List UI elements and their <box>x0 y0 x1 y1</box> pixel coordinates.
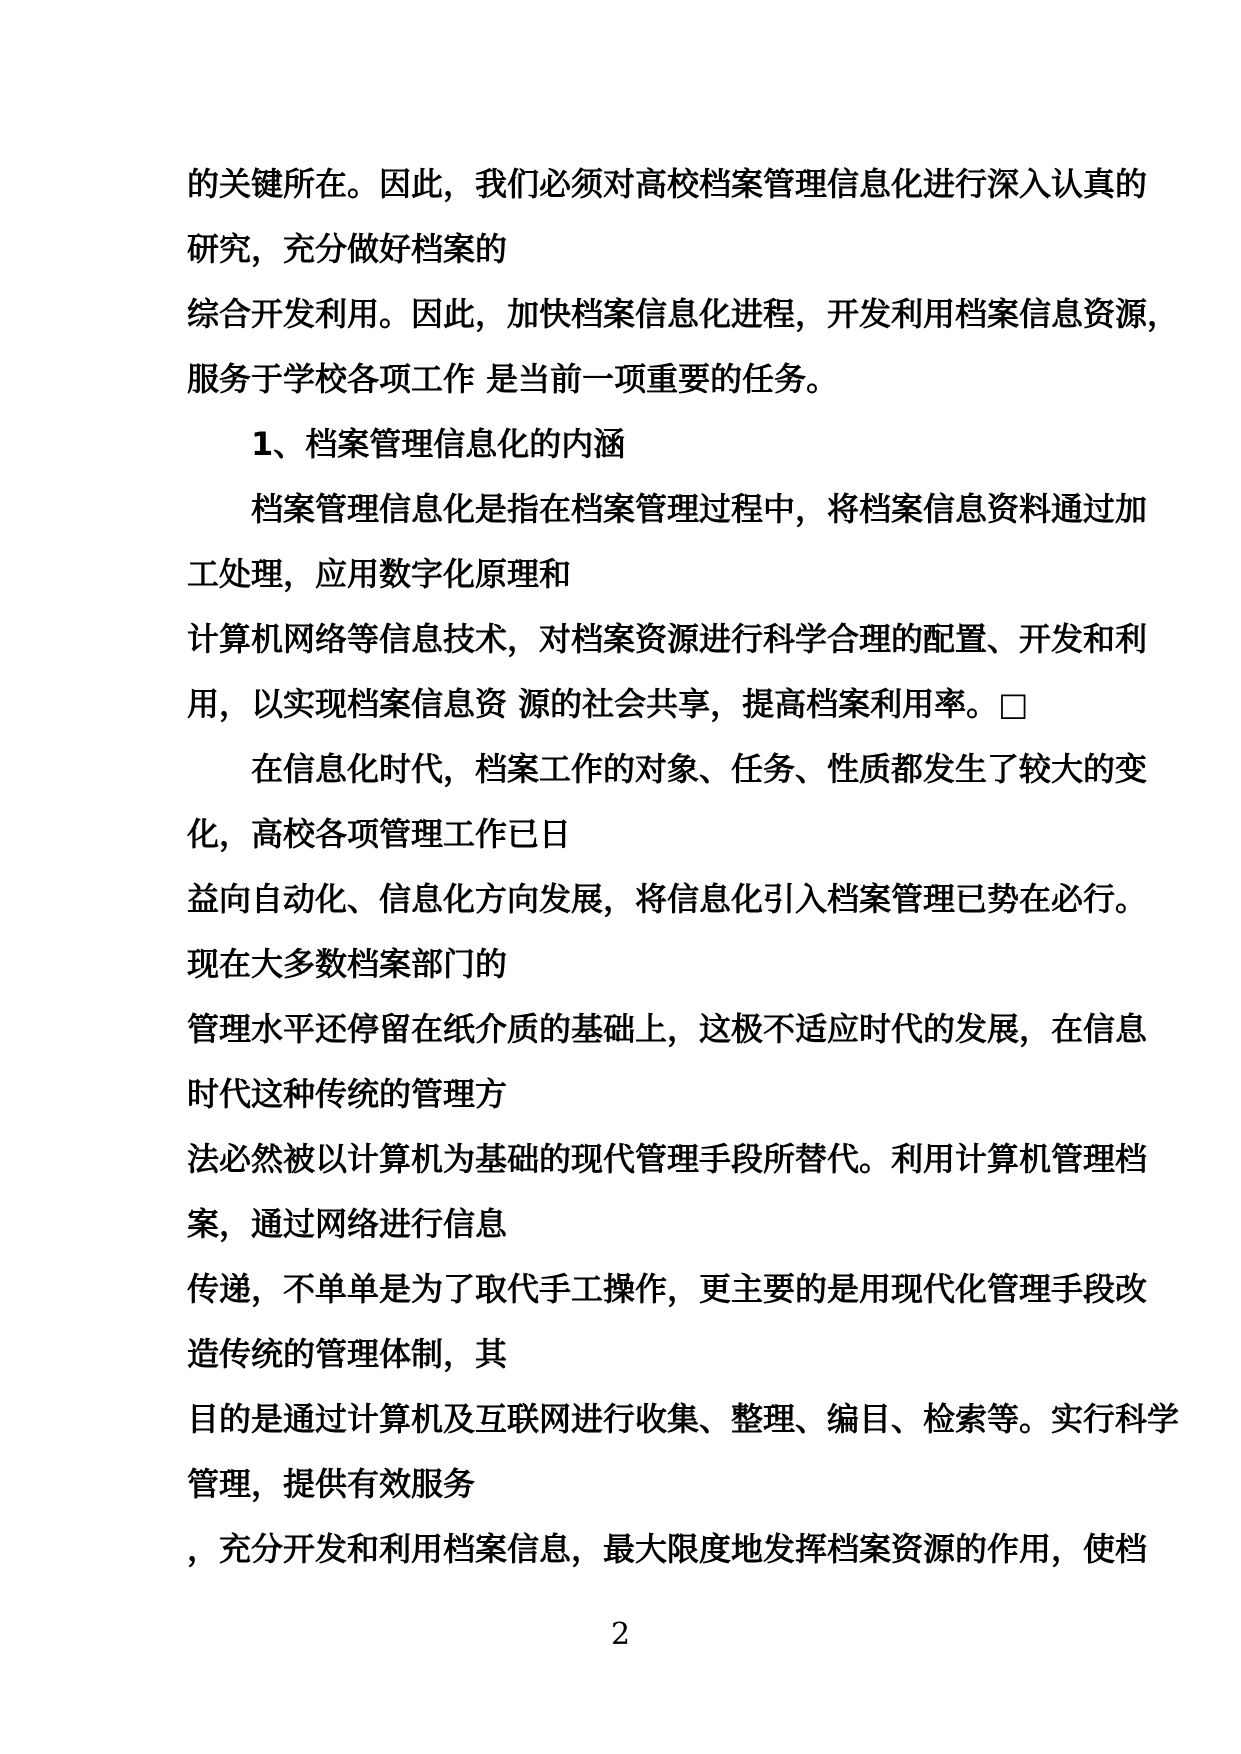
text-line: 管理，提供有效服务 <box>187 1452 1097 1517</box>
text-line: 现在大多数档案部门的 <box>187 932 1097 997</box>
page-number: 2 <box>0 1608 1241 1662</box>
page-content: 的关键所在。因此，我们必须对高校档案管理信息化进行深入认真的 研究，充分做好档案… <box>187 152 1097 1582</box>
text-line: 益向自动化、信息化方向发展，将信息化引入档案管理已势在必行。 <box>187 867 1097 932</box>
text-line: 案，通过网络进行信息 <box>187 1192 1097 1257</box>
paragraph-start-line: 档案管理信息化是指在档案管理过程中，将档案信息资料通过加 <box>187 477 1097 542</box>
text-line: ，充分开发和利用档案信息，最大限度地发挥档案资源的作用，使档 <box>187 1517 1097 1582</box>
section-heading: 1、档案管理信息化的内涵 <box>187 412 1097 477</box>
paragraph-start-line: 在信息化时代，档案工作的对象、任务、性质都发生了较大的变 <box>187 737 1097 802</box>
text-line: 法必然被以计算机为基础的现代管理手段所替代。利用计算机管理档 <box>187 1127 1097 1192</box>
text-line: 用，以实现档案信息资 源的社会共享，提高档案利用率。□ <box>187 672 1097 737</box>
text-line: 时代这种传统的管理方 <box>187 1062 1097 1127</box>
text-line: 造传统的管理体制，其 <box>187 1322 1097 1387</box>
text-line: 综合开发利用。因此，加快档案信息化进程，开发利用档案信息资源， <box>187 282 1097 347</box>
text-line: 服务于学校各项工作 是当前一项重要的任务。 <box>187 347 1097 412</box>
text-line: 工处理，应用数字化原理和 <box>187 542 1097 607</box>
text-line: 计算机网络等信息技术，对档案资源进行科学合理的配置、开发和利 <box>187 607 1097 672</box>
text-line: 管理水平还停留在纸介质的基础上，这极不适应时代的发展，在信息 <box>187 997 1097 1062</box>
text-line: 的关键所在。因此，我们必须对高校档案管理信息化进行深入认真的 <box>187 152 1097 217</box>
text-line: 研究，充分做好档案的 <box>187 217 1097 282</box>
text-line: 传递，不单单是为了取代手工操作，更主要的是用现代化管理手段改 <box>187 1257 1097 1322</box>
document-page: 的关键所在。因此，我们必须对高校档案管理信息化进行深入认真的 研究，充分做好档案… <box>0 0 1241 1754</box>
text-line: 化，高校各项管理工作已日 <box>187 802 1097 867</box>
text-line: 目的是通过计算机及互联网进行收集、整理、编目、检索等。实行科学 <box>187 1387 1097 1452</box>
